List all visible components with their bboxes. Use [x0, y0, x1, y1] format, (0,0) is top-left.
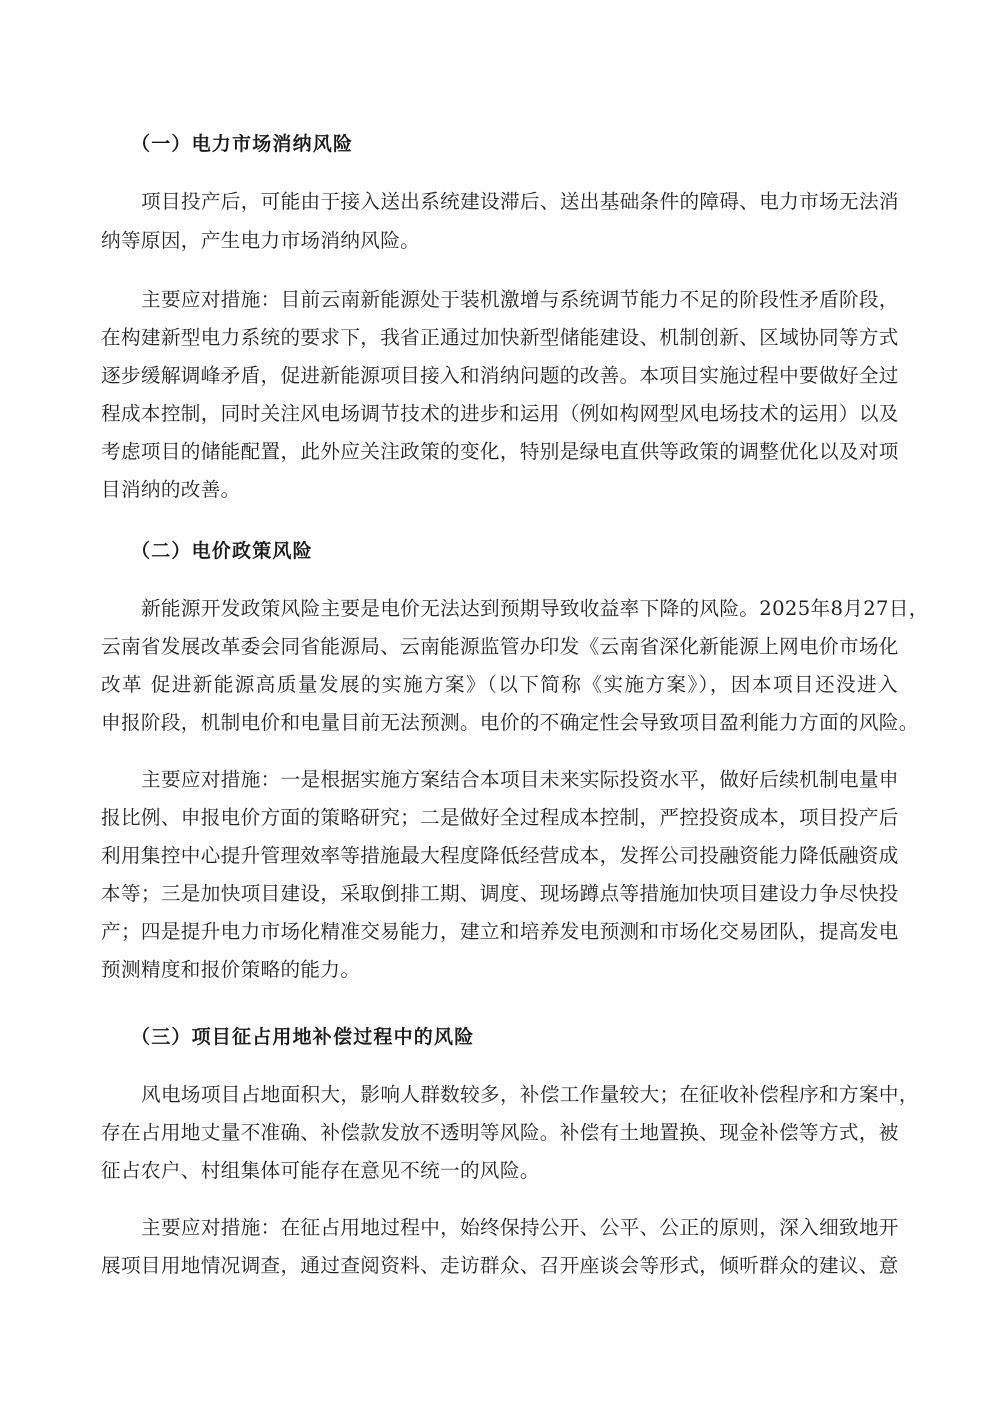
paragraph-line: 纳等原因，产生电力市场消纳风险。 — [101, 226, 898, 256]
paragraph-line: 申报阶段，机制电价和电量目前无法预测。电价的不确定性会导致项目盈利能力方面的风险… — [101, 708, 898, 738]
paragraph-line: 主要应对措施：目前云南新能源处于装机激增与系统调节能力不足的阶段性矛盾阶段， — [141, 285, 898, 315]
paragraph-line: 预测精度和报价策略的能力。 — [101, 955, 898, 985]
paragraph-line: 改革 促进新能源高质量发展的实施方案》（以下简称《实施方案》），因本项目还没进入 — [101, 670, 898, 700]
paragraph-line: 存在占用地丈量不准确、补偿款发放不透明等风险。补偿有土地置换、现金补偿等方式，被 — [101, 1118, 898, 1148]
paragraph-line: 逐步缓解调峰矛盾，促进新能源项目接入和消纳问题的改善。本项目实施过程中要做好全过 — [101, 361, 898, 391]
paragraph-line: 目消纳的改善。 — [101, 475, 898, 505]
document-page: （一）电力市场消纳风险 项目投产后，可能由于接入送出系统建设滞后、送出基础条件的… — [0, 0, 1000, 1414]
paragraph-line: 项目投产后，可能由于接入送出系统建设滞后、送出基础条件的障碍、电力市场无法消 — [141, 187, 898, 217]
paragraph-line: 主要应对措施：在征占用地过程中，始终保持公开、公平、公正的原则，深入细致地开 — [141, 1213, 898, 1243]
paragraph-line: 考虑项目的储能配置，此外应关注政策的变化，特别是绿电直供等政策的调整优化以及对项 — [101, 437, 898, 467]
paragraph-line: 新能源开发政策风险主要是电价无法达到预期导致收益率下降的风险。2025年8月27… — [141, 594, 898, 624]
paragraph-line: 风电场项目占地面积大，影响人群数较多，补偿工作量较大；在征收补偿程序和方案中， — [141, 1080, 898, 1110]
paragraph-line: 云南省发展改革委会同省能源局、云南能源监管办印发《云南省深化新能源上网电价市场化 — [101, 632, 898, 662]
section-heading: （一）电力市场消纳风险 — [131, 129, 353, 159]
paragraph-line: 程成本控制，同时关注风电场调节技术的进步和运用（例如构网型风电场技术的运用）以及 — [101, 399, 898, 429]
section-heading: （二）电价政策风险 — [131, 536, 313, 566]
paragraph-line: 利用集控中心提升管理效率等措施最大程度降低经营成本，发挥公司投融资能力降低融资成 — [101, 841, 898, 871]
paragraph-line: 主要应对措施：一是根据实施方案结合本项目未来实际投资水平，做好后续机制电量申 — [141, 765, 898, 795]
paragraph-line: 展项目用地情况调查，通过查阅资料、走访群众、召开座谈会等形式，倾听群众的建议、意 — [101, 1251, 898, 1281]
section-heading: （三）项目征占用地补偿过程中的风险 — [131, 1022, 474, 1052]
paragraph-line: 征占农户、村组集体可能存在意见不统一的风险。 — [101, 1156, 898, 1186]
paragraph-line: 本等；三是加快项目建设，采取倒排工期、调度、现场蹲点等措施加快项目建设力争尽快投 — [101, 879, 898, 909]
paragraph-line: 在构建新型电力系统的要求下，我省正通过加快新型储能建设、机制创新、区域协同等方式 — [101, 323, 898, 353]
paragraph-line: 报比例、申报电价方面的策略研究；二是做好全过程成本控制，严控投资成本，项目投产后 — [101, 803, 898, 833]
paragraph-line: 产；四是提升电力市场化精准交易能力，建立和培养发电预测和市场化交易团队，提高发电 — [101, 917, 898, 947]
